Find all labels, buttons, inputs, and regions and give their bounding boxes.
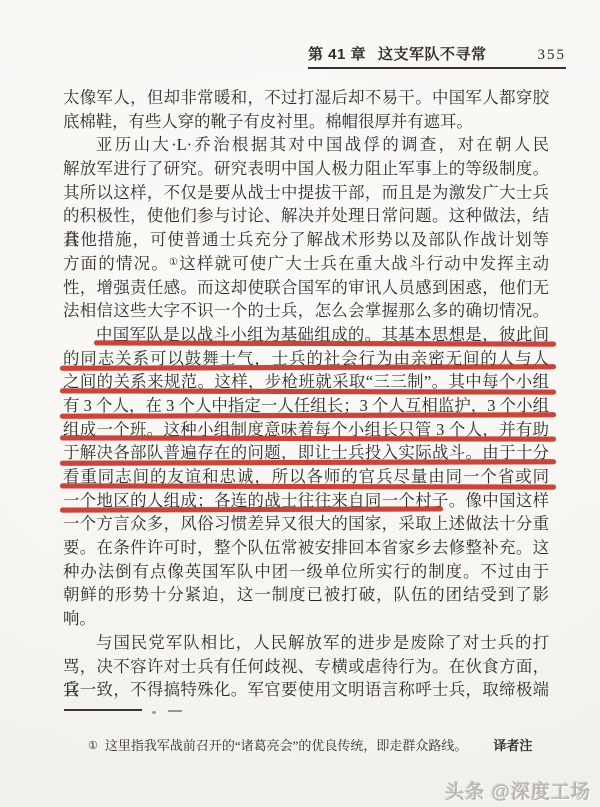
chapter-heading: 第 41 章这支军队不寻常 (308, 43, 487, 64)
text-line: 种办法倒有点像英国军队中团一级单位所实行的制度。不过由于 (63, 560, 549, 584)
text-line: 亚历山大·L·乔治根据其对中国战俘的调查，对在朝人民 (63, 133, 549, 157)
text-line: 法相信这些大字不识一个的士兵，怎么会掌握那么多的确切情况。 (63, 299, 549, 323)
text-line: 的同志关系可以鼓舞士气，士兵的社会行为由亲密无间的人与人 (63, 347, 549, 371)
scan-artifact-dash (168, 710, 182, 712)
text-line: 性，增强责任感。而这却使联合国军的审讯人员感到困惑，他们无 (63, 276, 549, 300)
footnote: ①这里指我军战前召开的“诸葛亮会”的优良传统，即走群众路线。译者注 (88, 735, 558, 754)
text-line: 的积极性，使他们参与讨论、解决并处理日常问题。这种做法，结合 (63, 204, 549, 228)
text-line: 一个地区的人组成；各连的战士往往来自同一个村子。像中国这样 (63, 489, 549, 513)
scan-artifact-dot (152, 711, 156, 714)
text-line: 要。在条件许可时，整个队伍常被安排回本省家乡去修整补充。这 (63, 536, 549, 560)
text-line: 一个方言众多，风俗习惯差异又很大的国家，采取上述做法十分重 (63, 512, 549, 536)
text-line: 方面的情况。①这样就可使广大士兵在重大战斗行动中发挥主动 (63, 252, 549, 276)
watermark: 头条 @深度工场 (445, 777, 591, 804)
text-line: 于解决各部队普遍存在的问题，即让士兵投入实际战斗。由于十分 (63, 441, 549, 465)
text-line: 兵一致，不得搞特殊化。军官要使用文明语言称呼士兵，取缔极端 (63, 678, 549, 702)
text-line: 其所以这样，不仅是要从战士中提拔干部，而且是为激发广大士兵 (63, 181, 549, 205)
footnote-text: 这里指我军战前召开的“诸葛亮会”的优良传统，即走群众路线。 (105, 738, 468, 753)
text-line: 组成一个班。这种小组制度意味着每个小组长只管 3 个人，并有助 (63, 418, 549, 442)
text-line: 中国军队是以战斗小组为基础组成的。其基本思想是，彼此间 (63, 323, 549, 347)
footnote-separator (64, 709, 142, 711)
text-line: 太像军人，但却非常暖和，不过打湿后却不易干。中国军人都穿胶 (63, 86, 549, 110)
text-line: 其他措施，可使普通士兵充分了解战术形势以及部队作战计划等 (63, 228, 549, 252)
book-page: 第 41 章这支军队不寻常 355 太像军人，但却非常暖和，不过打湿后却不易干。… (0, 0, 600, 807)
text-line: 骂，决不容许对士兵有任何歧视、专横或虐待行为。在伙食方面，官 (63, 655, 549, 679)
text-line: 响。 (63, 607, 549, 631)
text-line: 解放军进行了研究。研究表明中国人极力阻止军事上的等级制度。 (63, 157, 549, 181)
text-line: 与国民党军队相比，人民解放军的进步是废除了对士兵的打 (63, 631, 549, 655)
text-line: 朝鲜的形势十分紧迫，这一制度已被打破，队伍的团结受到了影 (63, 583, 549, 607)
footnote-attribution: 译者注 (493, 738, 532, 753)
page-header: 第 41 章这支军队不寻常 355 (308, 43, 566, 69)
footnote-marker: ① (88, 740, 98, 752)
chapter-title: 这支军队不寻常 (378, 46, 487, 63)
text-line: 看重同志间的友谊和忠诚，所以各师的官兵尽量由同一个省或同 (63, 465, 549, 489)
text-line: 有 3 个人，在 3 个人中指定一人任组长；3 个人互相监护，3 个小组 (63, 394, 549, 418)
page-number: 355 (538, 47, 567, 64)
footnote-reference-mark: ① (169, 257, 179, 268)
body-text: 太像军人，但却非常暖和，不过打湿后却不易干。中国军人都穿胶底棉鞋，有些人穿的靴子… (63, 86, 549, 702)
chapter-number: 第 41 章 (308, 46, 366, 63)
text-line: 底棉鞋，有些人穿的靴子有皮衬里。棉帽很厚并有遮耳。 (63, 110, 549, 134)
text-line: 之间的关系来规范。这样，步枪班就采取“三三制”。其中每个小组 (63, 370, 549, 394)
